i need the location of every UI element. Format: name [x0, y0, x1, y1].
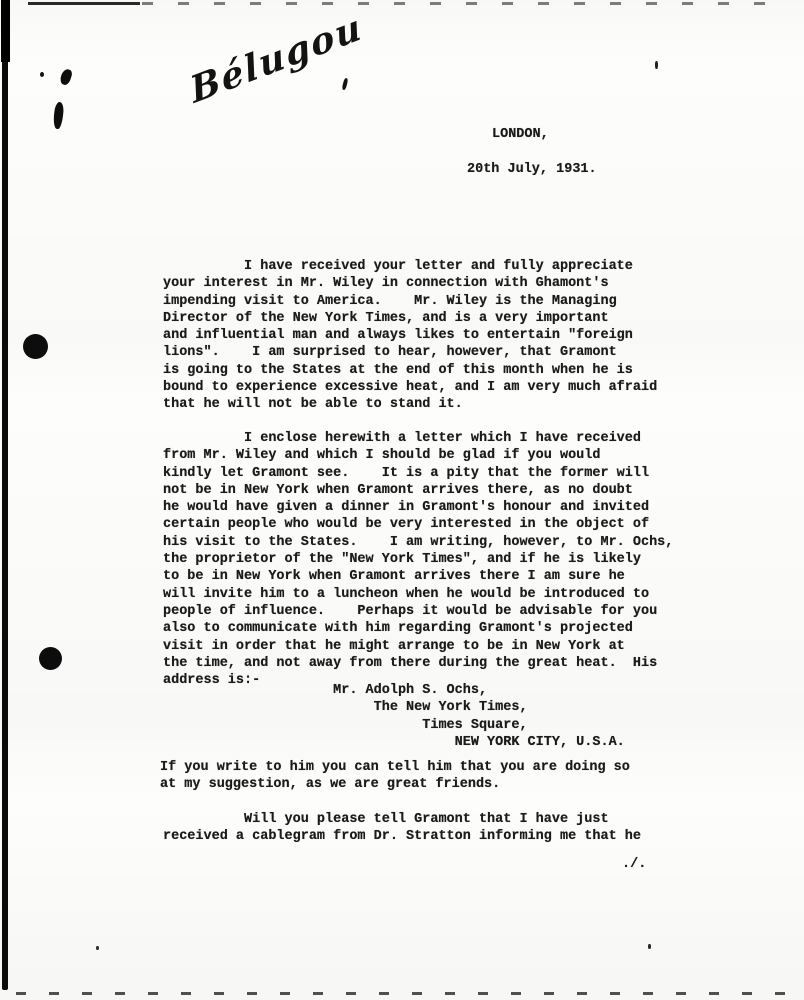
letter-paragraph-3: If you write to him you can tell him tha… — [160, 759, 630, 794]
scanned-letter-page: Bélugou LONDON, 20th July, 1931. I have … — [0, 0, 804, 1000]
letter-date: 20th July, 1931. — [467, 161, 597, 178]
continuation-mark: ./. — [622, 856, 646, 873]
scan-edge-top — [28, 2, 140, 5]
letter-address-block: Mr. Adolph S. Ochs, The New York Times, … — [163, 682, 625, 751]
hole-punch-bottom — [39, 647, 62, 670]
letter-paragraph-1: I have received your letter and fully ap… — [163, 258, 657, 414]
handwritten-stroke — [342, 78, 349, 91]
letter-city: LONDON, — [492, 126, 549, 143]
scan-edge-left — [2, 0, 8, 990]
handwritten-annotation: Bélugou — [186, 5, 366, 112]
ink-drop — [53, 102, 65, 130]
ink-speck — [648, 944, 651, 949]
letter-paragraph-2: I enclose herewith a letter which I have… — [163, 430, 673, 689]
scan-edge-bottom-dashes — [16, 992, 790, 995]
hole-punch-top — [23, 334, 48, 359]
ink-blob — [59, 68, 73, 86]
scan-edge-top-dashes — [142, 2, 790, 5]
scan-edge-left-cap — [1, 0, 10, 62]
ink-speck — [40, 72, 44, 77]
ink-speck — [655, 61, 658, 69]
letter-paragraph-4: Will you please tell Gramont that I have… — [163, 811, 641, 846]
ink-speck — [96, 946, 99, 950]
